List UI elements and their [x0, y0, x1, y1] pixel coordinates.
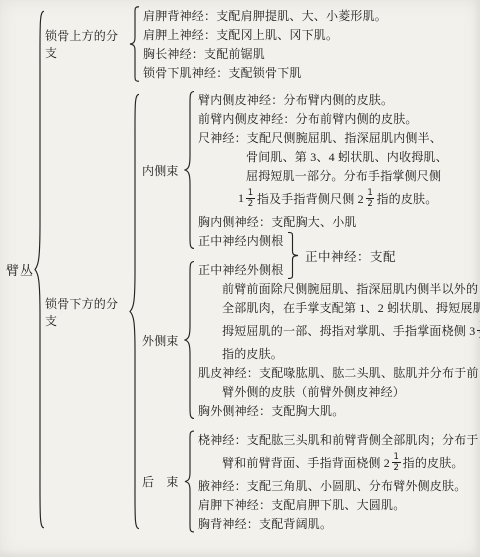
- diagram-line: 全部肌肉，在手掌支配第 1、2 蚓状肌、拇短展肌、: [198, 298, 480, 317]
- fraction-one-half: 12: [392, 453, 401, 473]
- diagram-line: 肩胛背神经：支配肩胛提肌、大、小菱形肌。: [143, 6, 387, 25]
- section-supraclavicular: 锁骨上方的分支 肩胛背神经：支配肩胛提肌、大、小菱形肌。 肩胛上神经：支配冈上肌…: [45, 6, 480, 82]
- fraction-one-half: 12: [366, 189, 375, 209]
- cord-posterior: 后 束 桡神经：支配肱三头肌和前臂背侧全部肌肉；分布于 臂和前臂背面、手指背面桡…: [140, 430, 480, 533]
- fraction-one-half: 12: [246, 189, 255, 209]
- section-infraclavicular: 锁骨下方的分支 内侧束: [45, 90, 480, 533]
- diagram-line: 胸外侧神经：支配胸大肌。: [198, 401, 480, 420]
- median-nerve-label: 正中神经：支配: [305, 247, 396, 265]
- diagram-line: 112指及手指背侧尺侧 212指的皮肤。: [198, 185, 448, 212]
- diagram-line: 臂和前臂背面、手指背面桡侧 212指的皮肤。: [198, 449, 479, 476]
- sections-column: 锁骨上方的分支 肩胛背神经：支配肩胛提肌、大、小菱形肌。 肩胛上神经：支配冈上肌…: [45, 6, 480, 533]
- nerve-list: 臂内侧皮神经：分布臂内侧的皮肤。 前臂内侧皮神经：分布前臂内侧的皮肤。 尺神经：…: [195, 90, 448, 250]
- diagram-line: 胸长神经：支配前锯肌: [143, 44, 387, 63]
- diagram-line: 前臂前面除尺侧腕屈肌、指深屈肌内侧半以外的: [198, 279, 480, 298]
- section-label: 锁骨上方的分支: [45, 27, 129, 61]
- curly-brace-left: [184, 90, 195, 250]
- diagram-line: 臂内侧皮神经：分布臂内侧的皮肤。: [198, 90, 448, 109]
- nerve-list: 肩胛背神经：支配肩胛提肌、大、小菱形肌。 肩胛上神经：支配冈上肌、冈下肌。 胸长…: [140, 6, 387, 82]
- median-nerve-annotation: 正中神经：支配: [287, 232, 396, 279]
- cord-lateral: 外侧束 正中神经外侧根 前臂前面除尺侧腕屈肌、指深屈肌内侧半以外的 全部肌肉，在…: [140, 260, 480, 420]
- cords-column: 内侧束 臂内侧皮神经：分布臂内侧的皮肤。 前臂内侧皮神经：分布前臂内侧的皮肤。 …: [140, 90, 480, 533]
- diagram-line: 桡神经：支配肱三头肌和前臂背侧全部肌肉；分布于: [198, 430, 479, 449]
- diagram-line: 尺神经：支配尺侧腕屈肌、指深屈肌内侧半、: [198, 128, 448, 147]
- section-label: 锁骨下方的分支: [45, 295, 129, 329]
- diagram-line: 前臂内侧皮神经：分布前臂内侧的皮肤。: [198, 109, 448, 128]
- curly-brace-right: [287, 232, 299, 279]
- brachial-plexus-tree: 臂丛 锁骨上方的分支 肩胛背神经：支配肩胛提肌、大、小菱形肌。 肩胛上神经：支配…: [6, 6, 480, 533]
- diagram-line: 指的皮肤。: [198, 344, 480, 363]
- curly-brace-left: [184, 430, 195, 533]
- cord-label: 后 束: [140, 473, 184, 490]
- cord-medial: 内侧束 臂内侧皮神经：分布臂内侧的皮肤。 前臂内侧皮神经：分布前臂内侧的皮肤。 …: [140, 90, 480, 250]
- diagram-line: 胸背神经：支配背阔肌。: [198, 514, 479, 533]
- cord-label: 外侧束: [140, 332, 184, 349]
- root-label: 臂丛: [6, 260, 34, 279]
- nerve-list: 正中神经外侧根 前臂前面除尺侧腕屈肌、指深屈肌内侧半以外的 全部肌肉，在手掌支配…: [195, 260, 480, 420]
- cord-label: 内侧束: [140, 162, 184, 179]
- diagram-page: 臂丛 锁骨上方的分支 肩胛背神经：支配肩胛提肌、大、小菱形肌。 肩胛上神经：支配…: [0, 0, 480, 557]
- curly-brace-left: [34, 6, 45, 533]
- diagram-line: 屈拇短肌一部分。分布手指掌侧尺侧: [198, 166, 448, 185]
- diagram-line: 拇短屈肌的一部、拇指对掌肌、手指掌面桡侧 312: [198, 317, 480, 344]
- diagram-line: 腋神经：支配三角肌、小圆肌、分布臂外侧皮肤。: [198, 476, 479, 495]
- curly-brace-left: [184, 260, 195, 420]
- curly-brace-left: [129, 6, 140, 82]
- diagram-line: 胸内侧神经：支配胸大、小肌: [198, 212, 448, 231]
- diagram-line: 肩胛下神经：支配肩胛下肌、大圆肌。: [198, 495, 479, 514]
- diagram-line: 肌皮神经：支配喙肱肌、肱二头肌、肱肌并分布于前: [198, 363, 480, 382]
- diagram-line: 骨间肌、第 3、4 蚓状肌、内收拇肌、: [198, 147, 448, 166]
- curly-brace-left: [129, 90, 140, 533]
- diagram-line: 肩胛上神经：支配冈上肌、冈下肌。: [143, 25, 387, 44]
- diagram-line: 锁骨下肌神经：支配锁骨下肌: [143, 63, 387, 82]
- diagram-line: 臂外侧的皮肤（前臂外侧皮神经）: [198, 382, 480, 401]
- nerve-list: 桡神经：支配肱三头肌和前臂背侧全部肌肉；分布于 臂和前臂背面、手指背面桡侧 21…: [195, 430, 479, 533]
